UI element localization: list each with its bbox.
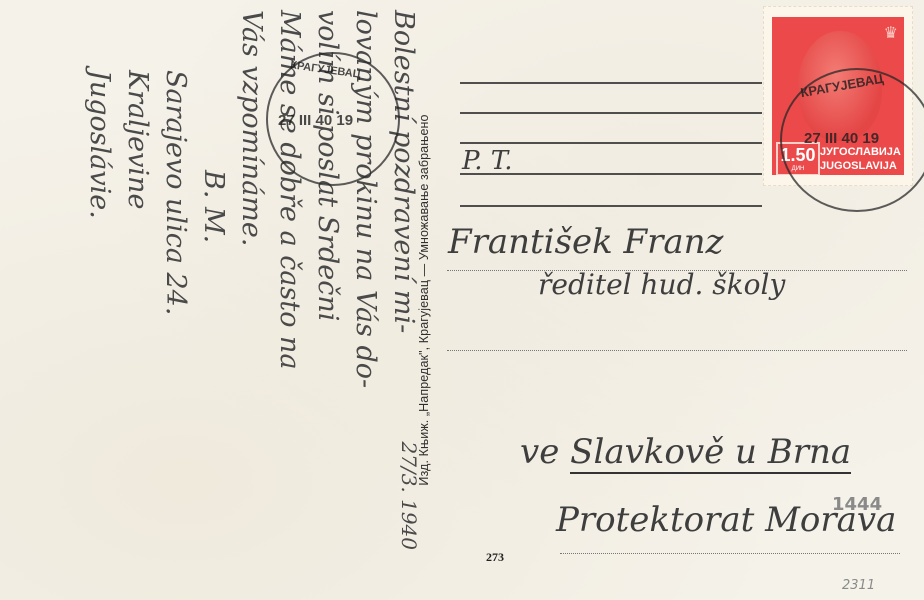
message-date: 27/3. 1940 xyxy=(390,441,428,550)
message-signature: B. M. xyxy=(194,10,232,590)
postmark-left-date: 27 III 40 19 xyxy=(278,112,353,129)
pencil-note-1444: 1444 xyxy=(832,494,882,515)
postmark-right-date: 27 III 40 19 xyxy=(804,130,879,147)
postmark-right: КРАГУЈЕВАЦ 27 III 40 19 xyxy=(780,68,924,212)
address-line-2 xyxy=(447,350,907,351)
address-city: Slavkově u Brna xyxy=(570,432,851,474)
message-line: Vás vzpomínáme. xyxy=(232,10,270,590)
address-name: František Franz xyxy=(448,222,723,262)
cancellation-line xyxy=(460,205,762,207)
postmark-left-city: КРАГУЈЕВАЦ xyxy=(290,59,362,81)
pencil-note-2311: 2311 xyxy=(842,578,875,593)
address-salutation: P. T. xyxy=(462,146,513,176)
address-title: ředitel hud. školy xyxy=(538,268,785,301)
message-line: Kraljevine xyxy=(118,10,156,590)
cancellation-line xyxy=(460,142,762,144)
postcard-back: Изд. Књиж. „Напредак", Крагујевац — Умно… xyxy=(0,0,924,600)
cancellation-line xyxy=(460,82,762,84)
address-city-prefix: ve xyxy=(520,432,559,472)
message-line: Sarajevo ulica 24. xyxy=(156,10,194,590)
postmark-left: КРАГУЈЕВАЦ 27 III 40 19 xyxy=(266,52,400,186)
cancellation-line xyxy=(460,112,762,114)
card-number: 273 xyxy=(486,550,504,565)
crown-icon: ♛ xyxy=(884,23,898,42)
message-line: Jugoslávie. xyxy=(80,10,118,590)
address-line-3 xyxy=(560,553,900,554)
address-city-line: ve Slavkově u Brna xyxy=(520,432,851,472)
